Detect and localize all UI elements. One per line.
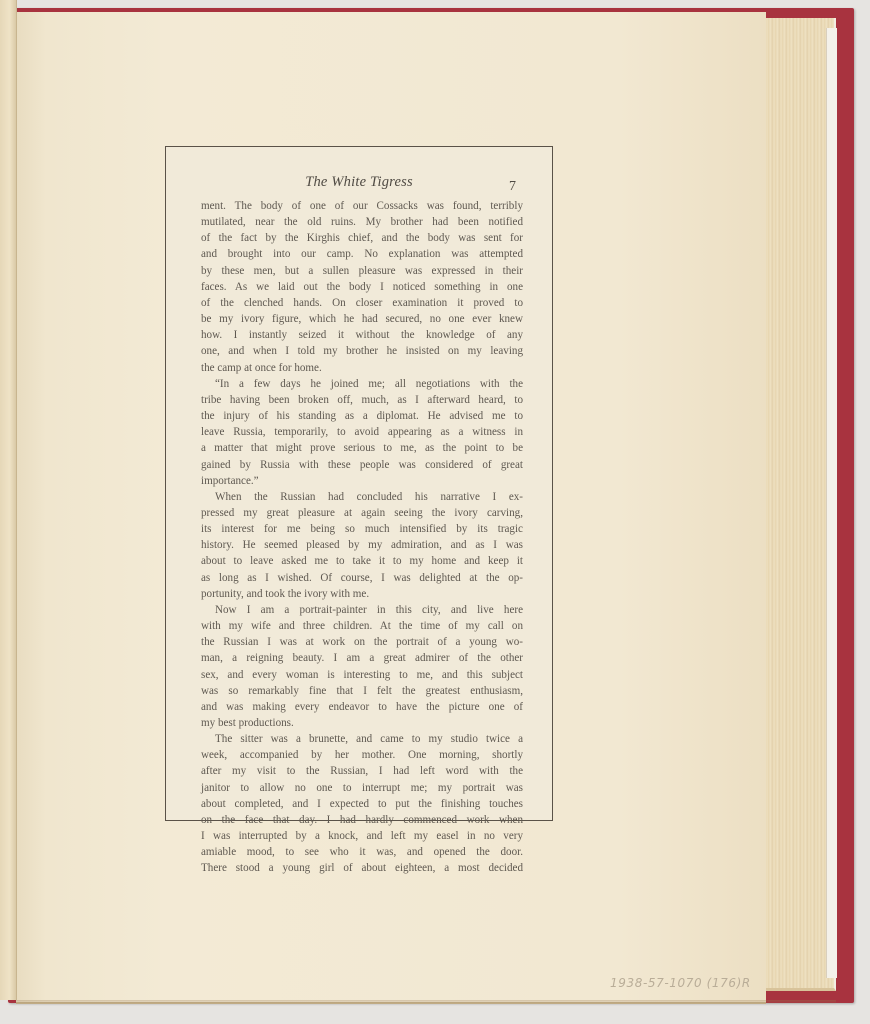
paragraph: Now I am a portrait-painter in this city… (201, 602, 523, 731)
text-line: one, and when I told my brother he insis… (201, 343, 523, 359)
text-line: be my ivory figure, which he had secured… (201, 311, 523, 327)
text-line: “In a few days he joined me; all negotia… (201, 376, 523, 392)
text-line: mutilated, near the old ruins. My brothe… (201, 214, 523, 230)
endpaper-edge (826, 28, 837, 978)
text-line: on the face that day. I had hardly comme… (201, 812, 523, 828)
text-line: its interest for me being so much intens… (201, 521, 523, 537)
text-line: The sitter was a brunette, and came to m… (201, 731, 523, 747)
page-shadow (16, 1000, 836, 1004)
text-line: gained by Russia with these people was c… (201, 457, 523, 473)
text-line: the camp at once for home. (201, 360, 523, 376)
text-line: ment. The body of one of our Cossacks wa… (201, 198, 523, 214)
text-line: man, a reigning beauty. I am a great adm… (201, 650, 523, 666)
text-line: history. He seemed pleased by my admirat… (201, 537, 523, 553)
text-line: of the fact by the Kirghis chief, and th… (201, 230, 523, 246)
text-line: and brought into our camp. No explanatio… (201, 246, 523, 262)
text-line: after my visit to the Russian, I had lef… (201, 763, 523, 779)
text-line: the Russian I was at work on the portrai… (201, 634, 523, 650)
text-line: tribe having been broken off, much, as I… (201, 392, 523, 408)
text-line: Now I am a portrait-painter in this city… (201, 602, 523, 618)
text-line: I was interrupted by a knock, and left m… (201, 828, 523, 844)
text-line: When the Russian had concluded his narra… (201, 489, 523, 505)
paragraph: The sitter was a brunette, and came to m… (201, 731, 523, 876)
running-head: The White Tigress (166, 174, 552, 191)
text-line: janitor to allow no one to interrupt me;… (201, 780, 523, 796)
text-line: about completed, and I expected to put t… (201, 796, 523, 812)
text-line: There stood a young girl of about eighte… (201, 860, 523, 876)
accession-number: 1938-57-1070 (176)R (610, 976, 751, 990)
text-line: with my wife and three children. At the … (201, 618, 523, 634)
text-line: was so remarkably fine that I felt the g… (201, 683, 523, 699)
text-line: how. I instantly seized it without the k… (201, 327, 523, 343)
text-line: week, accompanied by her mother. One mor… (201, 747, 523, 763)
text-line: of the clenched hands. On closer examina… (201, 295, 523, 311)
text-line: pressed my great pleasure at again seein… (201, 505, 523, 521)
body-text: ment. The body of one of our Cossacks wa… (201, 198, 523, 877)
text-line: faces. As we laid out the body I noticed… (201, 279, 523, 295)
text-line: my best productions. (201, 715, 523, 731)
facing-page-edge (0, 0, 17, 1000)
text-line: as long as I wished. Of course, I was de… (201, 570, 523, 586)
text-line: a matter that might prove serious to me,… (201, 440, 523, 456)
text-line: about to leave asked me to take it to my… (201, 553, 523, 569)
text-line: the injury of his standing as a diplomat… (201, 408, 523, 424)
text-line: importance.” (201, 473, 523, 489)
text-line: by these men, but a sullen pleasure was … (201, 263, 523, 279)
page-number: 7 (509, 179, 516, 195)
printed-text-plate: The White Tigress 7 ment. The body of on… (165, 146, 553, 821)
paragraph: ment. The body of one of our Cossacks wa… (201, 198, 523, 376)
paragraph: When the Russian had concluded his narra… (201, 489, 523, 602)
text-line: leave Russia, temporarily, to avoid appe… (201, 424, 523, 440)
paragraph: “In a few days he joined me; all negotia… (201, 376, 523, 489)
page-block-edges (762, 18, 836, 991)
text-line: sex, and every woman is interesting to m… (201, 667, 523, 683)
text-line: and was making every endeavor to have th… (201, 699, 523, 715)
text-line: amiable mood, to see who it was, and ope… (201, 844, 523, 860)
text-line: portunity, and took the ivory with me. (201, 586, 523, 602)
